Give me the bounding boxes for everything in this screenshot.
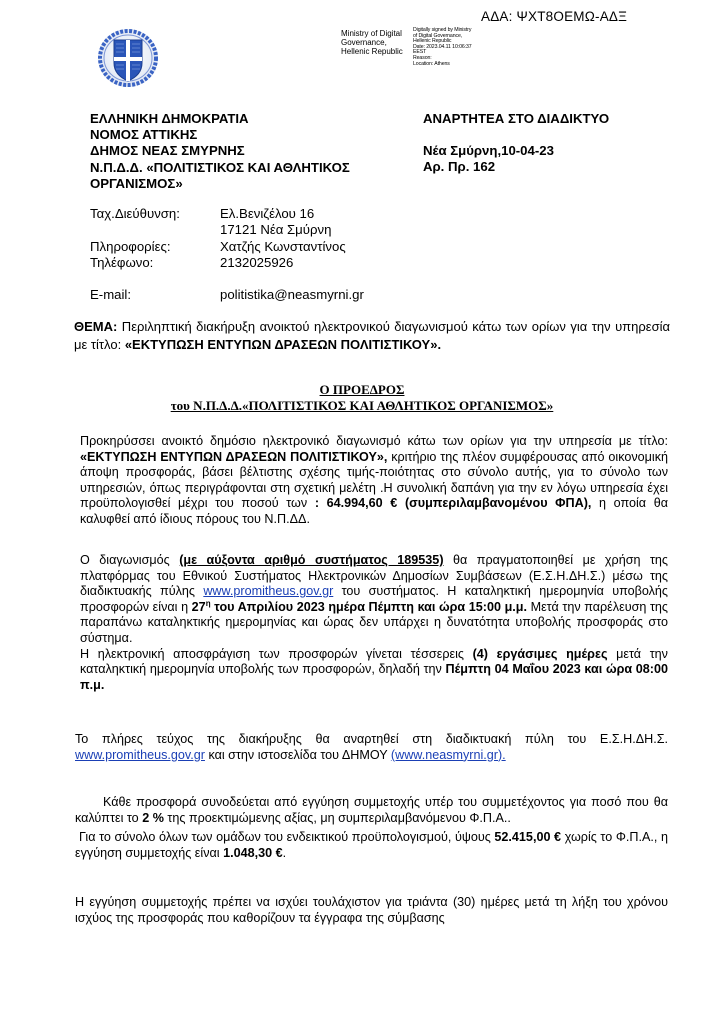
paragraph-procedure: Ο διαγωνισμός (με αύξοντα αριθμό συστήμα… — [80, 553, 668, 693]
subject-label: ΘΕΜΑ: — [74, 319, 117, 334]
guarantee-percent: 2 % — [142, 811, 164, 825]
issuer-org: του Ν.Π.Δ.Δ.«ΠΟΛΙΤΙΣΤΙΚΟΣ ΚΑΙ ΑΘΛΗΤΙΚΟΣ … — [0, 398, 724, 414]
paragraph-publication: Το πλήρες τεύχος της διακήρυξης θα αναρτ… — [75, 732, 668, 763]
signature-details: Digitally signed by Ministry of Digital … — [413, 28, 493, 67]
protocol-number: Αρ. Πρ. 162 — [423, 159, 554, 175]
deadline-day: 27 — [192, 600, 206, 614]
paragraph-validity: Η εγγύηση συμμετοχής πρέπει να ισχύει το… — [75, 895, 668, 926]
text: Προκηρύσσει ανοικτό δημόσιο ηλεκτρονικό … — [80, 434, 668, 448]
ada-code: ΑΔΑ: ΨΧΤ8ΟΕΜΩ-ΑΔΞ — [481, 9, 627, 24]
promitheus-link[interactable]: www.promitheus.gov.gr — [75, 748, 205, 762]
net-amount: 52.415,00 € — [494, 830, 561, 844]
address-line2: 17121 Νέα Σμύρνη — [220, 222, 331, 238]
signer-line: Ministry of Digital — [341, 29, 421, 38]
promitheus-link[interactable]: www.promitheus.gov.gr — [203, 584, 333, 598]
text: Το πλήρες τεύχος της διακήρυξης θα αναρτ… — [75, 732, 668, 746]
contact-block: Ταχ.Διεύθυνση:Ελ.Βενιζέλου 16 17121 Νέα … — [90, 206, 364, 303]
authority-line: ΝΟΜΟΣ ΑΤΤΙΚΗΣ — [90, 127, 350, 143]
vat-note: (συμπεριλαμβανομένου ΦΠΑ), — [397, 496, 591, 510]
text: Ο διαγωνισμός — [80, 553, 179, 567]
info-label: Πληροφορίες: — [90, 239, 220, 255]
phone-value: 2132025926 — [220, 255, 293, 271]
municipality-link[interactable]: (www.neasmyrni.gr). — [391, 748, 506, 762]
signer-line: Hellenic Republic — [341, 47, 421, 56]
authority-line: ΕΛΛΗΝΙΚΗ ΔΗΜΟΚΡΑΤΙΑ — [90, 111, 350, 127]
deadline: 27η του Απριλίου 2023 ημέρα Πέμπτη και ώ… — [192, 600, 527, 614]
working-days: (4) εργάσιμες ημέρες — [473, 647, 608, 661]
place-date: Νέα Σμύρνη,10-04-23 — [423, 143, 554, 159]
paragraph-guarantee-amount: Για το σύνολο όλων των ομάδων του ενδεικ… — [75, 830, 668, 861]
signer-name: Ministry of Digital Governance, Hellenic… — [341, 29, 421, 56]
text: και στην ιστοσελίδα του ΔΗΜΟΥ — [205, 748, 391, 762]
text: Για το σύνολο όλων των ομάδων του ενδεικ… — [79, 830, 494, 844]
paragraph-announcement: Προκηρύσσει ανοικτό δημόσιο ηλεκτρονικό … — [80, 434, 668, 528]
issuer-title: Ο ΠΡΟΕΔΡΟΣ — [0, 382, 724, 398]
service-title: «ΕΚΤΥΠΩΣΗ ΕΝΤΥΠΩΝ ΔΡΑΣΕΩΝ ΠΟΛΙΤΙΣΤΙΚΟΥ», — [80, 450, 387, 464]
posting-note: ΑΝΑΡΤΗΤΕΑ ΣΤΟ ΔΙΑΔΙΚΤΥΟ — [423, 111, 609, 126]
deadline-rest: του Απριλίου 2023 ημέρα Πέμπτη και ώρα 1… — [211, 600, 527, 614]
greek-coat-of-arms-icon — [93, 26, 163, 90]
subject-title: «ΕΚΤΥΠΩΣΗ ΕΝΤΥΠΩΝ ΔΡΑΣΕΩΝ ΠΟΛΙΤΙΣΤΙΚΟΥ». — [125, 337, 441, 352]
authority-line: ΟΡΓΑΝΙΣΜΟΣ» — [90, 176, 350, 192]
text: . — [283, 846, 287, 860]
guarantee-amount: 1.048,30 € — [223, 846, 283, 860]
email-label: E-mail: — [90, 287, 220, 303]
authority-line: Ν.Π.Δ.Δ. «ΠΟΛΙΤΙΣΤΙΚΟΣ ΚΑΙ ΑΘΛΗΤΙΚΟΣ — [90, 160, 350, 176]
text: Η ηλεκτρονική αποσφράγιση των προσφορών … — [80, 647, 473, 661]
paragraph-guarantee: Κάθε προσφορά συνοδεύεται από εγγύηση συ… — [75, 795, 668, 826]
signer-line: Governance, — [341, 38, 421, 47]
system-number: (με αύξοντα αριθμό συστήματος 189535) — [179, 553, 443, 567]
budget-amount: : 64.994,60 € — [315, 496, 398, 510]
text: της προεκτιμώμενης αξίας, μη συμπεριλαμβ… — [164, 811, 511, 825]
info-value: Χατζής Κωνσταντίνος — [220, 239, 346, 255]
issuing-authority: ΕΛΛΗΝΙΚΗ ΔΗΜΟΚΡΑΤΙΑ ΝΟΜΟΣ ΑΤΤΙΚΗΣ ΔΗΜΟΣ … — [90, 111, 350, 192]
authority-line: ΔΗΜΟΣ ΝΕΑΣ ΣΜΥΡΝΗΣ — [90, 143, 350, 159]
date-protocol: Νέα Σμύρνη,10-04-23 Αρ. Πρ. 162 — [423, 143, 554, 175]
signature-line: Location: Athens — [413, 62, 493, 68]
phone-label: Τηλέφωνο: — [90, 255, 220, 271]
address-label: Ταχ.Διεύθυνση: — [90, 206, 220, 222]
address-line1: Ελ.Βενιζέλου 16 — [220, 206, 314, 222]
email-value: politistika@neasmyrni.gr — [220, 287, 364, 303]
subject: ΘΕΜΑ: Περιληπτική διακήρυξη ανοικτού ηλε… — [74, 318, 670, 354]
